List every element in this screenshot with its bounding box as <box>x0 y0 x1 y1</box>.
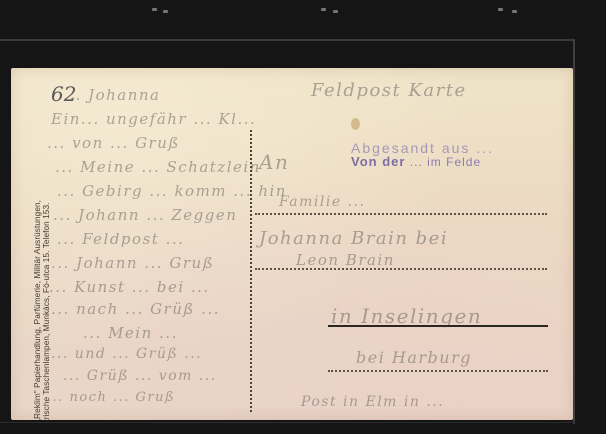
scan-frame-right <box>573 39 575 424</box>
address-line: Johanna Brain bei <box>259 228 448 249</box>
address-line: Familie ... <box>279 194 365 210</box>
message-line: ... Gebirg ... komm ... hin <box>57 182 287 200</box>
message-line: ... Kunst ... bei ... <box>49 278 210 296</box>
dust-speck <box>498 8 503 11</box>
dust-speck <box>512 10 517 13</box>
address-rule-3 <box>328 370 548 372</box>
message-line: ... Johanna <box>63 86 160 104</box>
address-heading: Feldpost Karte <box>311 80 467 101</box>
dust-speck <box>321 8 326 11</box>
message-line: ... Johann ... Gruß <box>51 254 214 272</box>
dust-speck <box>333 10 338 13</box>
message-line: ... noch ... Gruß <box>47 390 175 405</box>
scan-frame-bottom <box>0 422 575 423</box>
stamp-line-2-prefix: Von der <box>351 154 405 169</box>
address-line: bei Harburg <box>356 348 472 367</box>
message-line: ... Grüß ... vom ... <box>63 368 217 384</box>
address-salutation: An <box>259 150 289 174</box>
address-line: Leon Brain <box>296 251 395 269</box>
address-rule-1 <box>255 213 547 215</box>
address-rule-town <box>328 325 548 327</box>
scan-frame-top <box>0 39 575 41</box>
message-line: ... Johann ... Zeggen <box>53 206 237 224</box>
message-line: ... Meine ... Schatzlein <box>55 158 261 176</box>
message-line: ... Mein ... <box>83 324 178 342</box>
dust-speck <box>152 8 157 11</box>
censor-stamp: Abgesandt aus ... Von der ... im Felde <box>351 140 494 169</box>
message-line: ... von ... Gruß <box>47 134 180 152</box>
vertical-dotted-divider <box>250 130 252 412</box>
caption-line-1: 947 „Reklim" Papierhandlung, Parfümerie,… <box>33 148 42 420</box>
message-line: ... und ... Grüß ... <box>51 346 202 362</box>
stamp-line-2-rest: ... im Felde <box>410 155 481 169</box>
address-rule-2 <box>255 268 547 270</box>
stain-spot <box>351 118 360 130</box>
message-line: Ein... ungefähr ... Kl... <box>51 110 256 128</box>
address-postal-note: Post in Elm in ... <box>301 394 444 410</box>
dust-speck <box>163 10 168 13</box>
message-line: ... Feldpost ... <box>57 230 184 248</box>
message-line: ... nach ... Grüß ... <box>51 300 220 318</box>
postcard-back: 62 947 „Reklim" Papierhandlung, Parfümer… <box>11 68 573 420</box>
stamp-line-2: Von der ... im Felde <box>351 154 494 169</box>
scan-dust-specks <box>0 0 606 30</box>
